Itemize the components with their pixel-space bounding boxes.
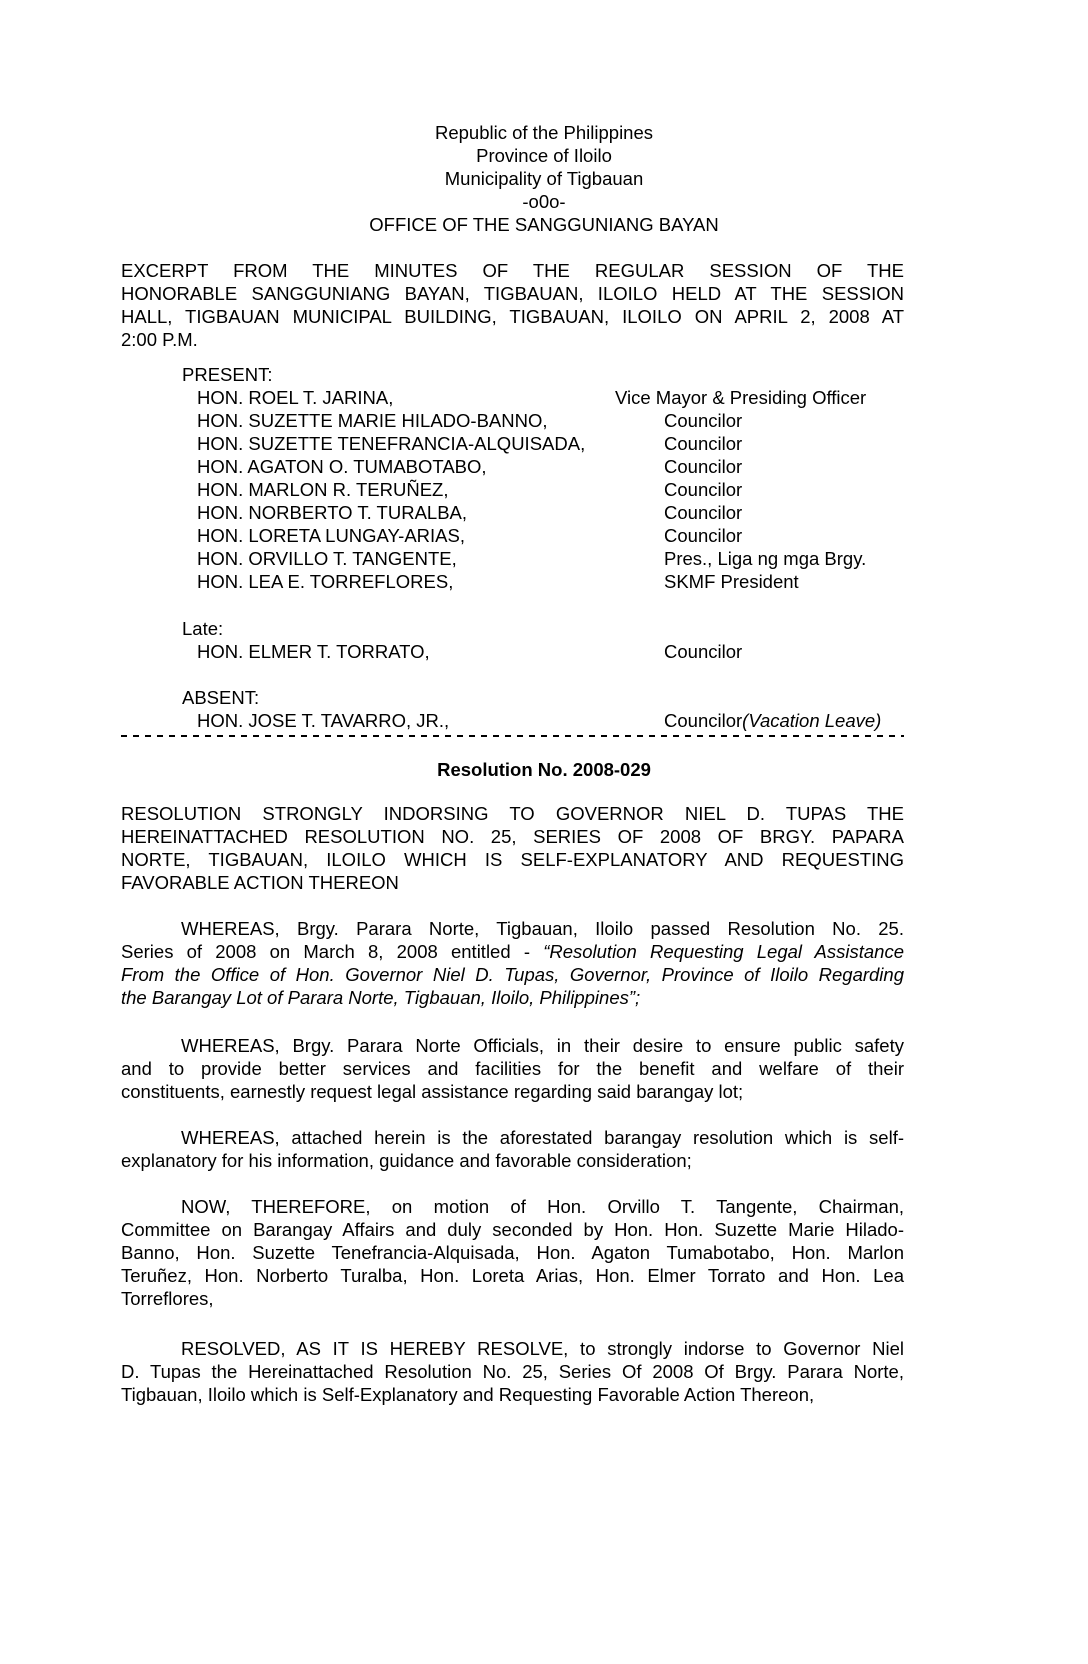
whereas-paragraph-1: WHEREAS, Brgy. Parara Norte, Tigbauan, I… — [121, 917, 904, 1009]
now-therefore-paragraph: NOW, THEREFORE, on motion of Hon. Orvill… — [121, 1195, 904, 1310]
attendee-name: HON. AGATON O. TUMABOTABO, — [197, 455, 487, 478]
attendee-role: Councilor — [664, 409, 742, 432]
excerpt-line: HONORABLE SANGGUNIANG BAYAN, TIGBAUAN, I… — [121, 282, 904, 305]
attendee-name: HON. ORVILLO T. TANGENTE, — [197, 547, 457, 570]
title-line: NORTE, TIGBAUAN, ILOILO WHICH IS SELF-EX… — [121, 848, 904, 871]
para-line: and to provide better services and facil… — [121, 1057, 904, 1080]
para-line: WHEREAS, Brgy. Parara Norte, Tigbauan, I… — [121, 917, 904, 940]
document-page: Republic of the Philippines Province of … — [0, 0, 1088, 1664]
attendee-name: HON. NORBERTO T. TURALBA, — [197, 501, 467, 524]
header-republic: Republic of the Philippines — [0, 121, 1088, 144]
quoted-title: “Resolution Requesting Legal Assistance — [543, 941, 904, 962]
attendee-row: HON. LORETA LUNGAY-ARIAS, Councilor — [182, 524, 912, 547]
whereas-paragraph-2: WHEREAS, Brgy. Parara Norte Officials, i… — [121, 1034, 904, 1103]
attendee-row: HON. ROEL T. JARINA, Vice Mayor & Presid… — [182, 386, 912, 409]
para-text: Series of 2008 on March 8, 2008 entitled… — [121, 941, 543, 962]
resolution-number: Resolution No. 2008-029 — [0, 758, 1088, 781]
attendee-name: HON. MARLON R. TERUÑEZ, — [197, 478, 448, 501]
para-line: D. Tupas the Hereinattached Resolution N… — [121, 1360, 904, 1383]
para-line: Tigbauan, Iloilo which is Self-Explanato… — [121, 1383, 904, 1406]
attendee-row: HON. ORVILLO T. TANGENTE, Pres., Liga ng… — [182, 547, 912, 570]
excerpt-line: HALL, TIGBAUAN MUNICIPAL BUILDING, TIGBA… — [121, 305, 904, 328]
attendee-row: HON. SUZETTE MARIE HILADO-BANNO, Council… — [182, 409, 912, 432]
letterhead: Republic of the Philippines Province of … — [0, 121, 1088, 236]
para-line: NOW, THEREFORE, on motion of Hon. Orvill… — [121, 1195, 904, 1218]
dashed-separator — [121, 735, 904, 738]
attendee-role: Councilor — [664, 501, 742, 524]
title-line: HEREINATTACHED RESOLUTION NO. 25, SERIES… — [121, 825, 904, 848]
attendee-row: HON. AGATON O. TUMABOTABO, Councilor — [182, 455, 912, 478]
attendee-role: SKMF President — [664, 570, 799, 593]
title-line: FAVORABLE ACTION THEREON — [121, 871, 904, 894]
attendee-name: HON. LORETA LUNGAY-ARIAS, — [197, 524, 465, 547]
attendee-role: Councilor — [664, 432, 742, 455]
para-line: Teruñez, Hon. Norberto Turalba, Hon. Lor… — [121, 1264, 904, 1287]
late-label: Late: — [182, 617, 912, 640]
attendee-name: HON. JOSE T. TAVARRO, JR., — [197, 709, 449, 732]
attendee-row: HON. JOSE T. TAVARRO, JR., Councilor(Vac… — [182, 709, 912, 732]
header-office: OFFICE OF THE SANGGUNIANG BAYAN — [0, 213, 1088, 236]
present-label: PRESENT: — [182, 363, 912, 386]
para-line: explanatory for his information, guidanc… — [121, 1149, 904, 1172]
para-line: RESOLVED, AS IT IS HEREBY RESOLVE, to st… — [121, 1337, 904, 1360]
para-line: Committee on Barangay Affairs and duly s… — [121, 1218, 904, 1241]
whereas-paragraph-3: WHEREAS, attached herein is the aforesta… — [121, 1126, 904, 1172]
attendee-role: Pres., Liga ng mga Brgy. — [664, 547, 866, 570]
attendee-name: HON. SUZETTE TENEFRANCIA-ALQUISADA, — [197, 432, 585, 455]
header-province: Province of Iloilo — [0, 144, 1088, 167]
attendee-role: Councilor — [664, 524, 742, 547]
attendee-role: Councilor — [664, 455, 742, 478]
quoted-title: the Barangay Lot of Parara Norte, Tigbau… — [121, 986, 904, 1009]
attendee-name: HON. ROEL T. JARINA, — [197, 386, 393, 409]
attendee-role: Vice Mayor & Presiding Officer — [615, 386, 866, 409]
attendee-name: HON. SUZETTE MARIE HILADO-BANNO, — [197, 409, 548, 432]
attendee-role: Councilor(Vacation Leave) — [664, 709, 881, 732]
attendee-row: HON. LEA E. TORREFLORES, SKMF President — [182, 570, 912, 593]
quoted-title: From the Office of Hon. Governor Niel D.… — [121, 963, 904, 986]
excerpt-line: 2:00 P.M. — [121, 328, 904, 351]
resolved-paragraph: RESOLVED, AS IT IS HEREBY RESOLVE, to st… — [121, 1337, 904, 1406]
attendance-absent: ABSENT: HON. JOSE T. TAVARRO, JR., Counc… — [182, 686, 912, 732]
para-line: constituents, earnestly request legal as… — [121, 1080, 904, 1103]
attendance-late: Late: HON. ELMER T. TORRATO, Councilor — [182, 617, 912, 663]
header-divider: -o0o- — [0, 190, 1088, 213]
attendee-row: HON. MARLON R. TERUÑEZ, Councilor — [182, 478, 912, 501]
title-line: RESOLUTION STRONGLY INDORSING TO GOVERNO… — [121, 802, 904, 825]
excerpt-paragraph: EXCERPT FROM THE MINUTES OF THE REGULAR … — [121, 259, 904, 351]
para-line: WHEREAS, attached herein is the aforesta… — [121, 1126, 904, 1149]
excerpt-line: EXCERPT FROM THE MINUTES OF THE REGULAR … — [121, 259, 904, 282]
attendance-present: PRESENT: HON. ROEL T. JARINA, Vice Mayor… — [182, 363, 912, 593]
attendee-name: HON. LEA E. TORREFLORES, — [197, 570, 453, 593]
para-line: Torreflores, — [121, 1287, 904, 1310]
resolution-title: RESOLUTION STRONGLY INDORSING TO GOVERNO… — [121, 802, 904, 894]
attendee-row: HON. NORBERTO T. TURALBA, Councilor — [182, 501, 912, 524]
attendee-role: Councilor — [664, 478, 742, 501]
para-line: WHEREAS, Brgy. Parara Norte Officials, i… — [121, 1034, 904, 1057]
attendee-role-text: Councilor — [664, 710, 742, 731]
para-line: Series of 2008 on March 8, 2008 entitled… — [121, 940, 904, 963]
attendee-role: Councilor — [664, 640, 742, 663]
attendee-row: HON. SUZETTE TENEFRANCIA-ALQUISADA, Coun… — [182, 432, 912, 455]
attendee-row: HON. ELMER T. TORRATO, Councilor — [182, 640, 912, 663]
absent-label: ABSENT: — [182, 686, 912, 709]
header-municipality: Municipality of Tigbauan — [0, 167, 1088, 190]
attendee-name: HON. ELMER T. TORRATO, — [197, 640, 430, 663]
para-line: Banno, Hon. Suzette Tenefrancia-Alquisad… — [121, 1241, 904, 1264]
absence-note: (Vacation Leave) — [742, 710, 881, 731]
